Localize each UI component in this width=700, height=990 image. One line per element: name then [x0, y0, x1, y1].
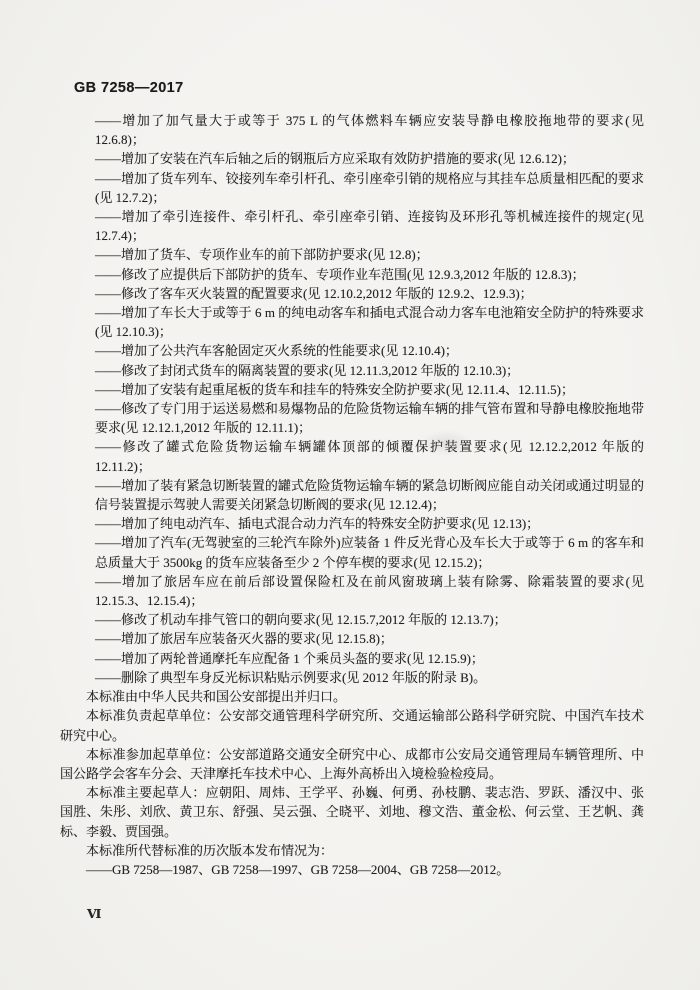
closing-paragraph: 本标准由中华人民共和国公安部提出并归口。 [60, 687, 644, 706]
change-list-item: ——增加了安装在汽车后轴之后的钢瓶后方应采取有效防护措施的要求(见 12.6.1… [95, 149, 644, 168]
change-list-item: ——增加了汽车(无驾驶室的三轮汽车除外)应装备 1 件反光背心及车长大于或等于 … [95, 533, 644, 571]
closing-paragraphs: 本标准由中华人民共和国公安部提出并归口。本标准负责起草单位：公安部交通管理科学研… [60, 687, 644, 879]
change-list-item: ——增加了安装有起重尾板的货车和挂车的特殊安全防护要求(见 12.11.4、12… [95, 380, 644, 399]
change-list-item: ——增加了货车、专项作业车的前下部防护要求(见 12.8)； [95, 245, 644, 264]
change-list-item: ——修改了应提供后下部防护的货车、专项作业车范围(见 12.9.3,2012 年… [95, 265, 644, 284]
change-list-item: ——修改了客车灭火装置的配置要求(见 12.10.2,2012 年版的 12.9… [95, 284, 644, 303]
document-body: ——增加了加气量大于或等于 375 L 的气体燃料车辆应安装导静电橡胶拖地带的要… [60, 111, 644, 879]
page-number: Ⅵ [87, 906, 101, 922]
document-page: GB 7258—2017 ——增加了加气量大于或等于 375 L 的气体燃料车辆… [0, 0, 700, 990]
closing-paragraph: 本标准参加起草单位：公安部道路交通安全研究中心、成都市公安局交通管理局车辆管理所… [60, 745, 644, 783]
change-list-item: ——增加了公共汽车客舱固定灭火系统的性能要求(见 12.10.4)； [95, 341, 644, 360]
change-list-item: ——修改了专门用于运送易燃和易爆物品的危险货物运输车辆的排气管布置和导静电橡胶拖… [95, 399, 644, 437]
change-list-item: ——增加了牵引连接件、牵引杆孔、牵引座牵引销、连接钩及环形孔等机械连接件的规定(… [95, 207, 644, 245]
standard-number-header: GB 7258—2017 [74, 80, 184, 96]
closing-paragraph: 本标准所代替标准的历次版本发布情况为： [60, 841, 644, 860]
closing-paragraph: 本标准主要起草人：应朝阳、周炜、王学平、孙巍、何勇、孙枝鹏、裴志浩、罗跃、潘汉中… [60, 783, 644, 841]
change-list-item: ——修改了机动车排气管口的朝向要求(见 12.15.7,2012 年版的 12.… [95, 610, 644, 629]
change-list-item: ——增加了纯电动汽车、插电式混合动力汽车的特殊安全防护要求(见 12.13)； [95, 514, 644, 533]
change-list-item: ——修改了封闭式货车的隔离装置的要求(见 12.11.3,2012 年版的 12… [95, 361, 644, 380]
change-list-item: ——增加了车长大于或等于 6 m 的纯电动客车和插电式混合动力客车电池箱安全防护… [95, 303, 644, 341]
closing-paragraph: 本标准负责起草单位：公安部交通管理科学研究所、交通运输部公路科学研究院、中国汽车… [60, 706, 644, 744]
change-list-item: ——增加了装有紧急切断装置的罐式危险货物运输车辆的紧急切断阀应能自动关闭或通过明… [95, 476, 644, 514]
change-list-item: ——增加了货车列车、铰接列车牵引杆孔、牵引座牵引销的规格应与其挂车总质量相匹配的… [95, 169, 644, 207]
change-list-item: ——修改了罐式危险货物运输车辆罐体顶部的倾覆保护装置要求(见 12.12.2,2… [95, 437, 644, 475]
changes-list: ——增加了加气量大于或等于 375 L 的气体燃料车辆应安装导静电橡胶拖地带的要… [60, 111, 644, 687]
change-list-item: ——增加了旅居车应装备灭火器的要求(见 12.15.8)； [95, 629, 644, 648]
change-list-item: ——增加了加气量大于或等于 375 L 的气体燃料车辆应安装导静电橡胶拖地带的要… [95, 111, 644, 149]
change-list-item: ——增加了旅居车应在前后部设置保险杠及在前风窗玻璃上装有除雾、除霜装置的要求(见… [95, 572, 644, 610]
change-list-item: ——增加了两轮普通摩托车应配备 1 个乘员头盔的要求(见 12.15.9)； [95, 649, 644, 668]
change-list-item: ——删除了典型车身反光标识粘贴示例要求(见 2012 年版的附录 B)。 [95, 668, 644, 687]
closing-paragraph: ——GB 7258—1987、GB 7258—1997、GB 7258—2004… [60, 860, 644, 879]
